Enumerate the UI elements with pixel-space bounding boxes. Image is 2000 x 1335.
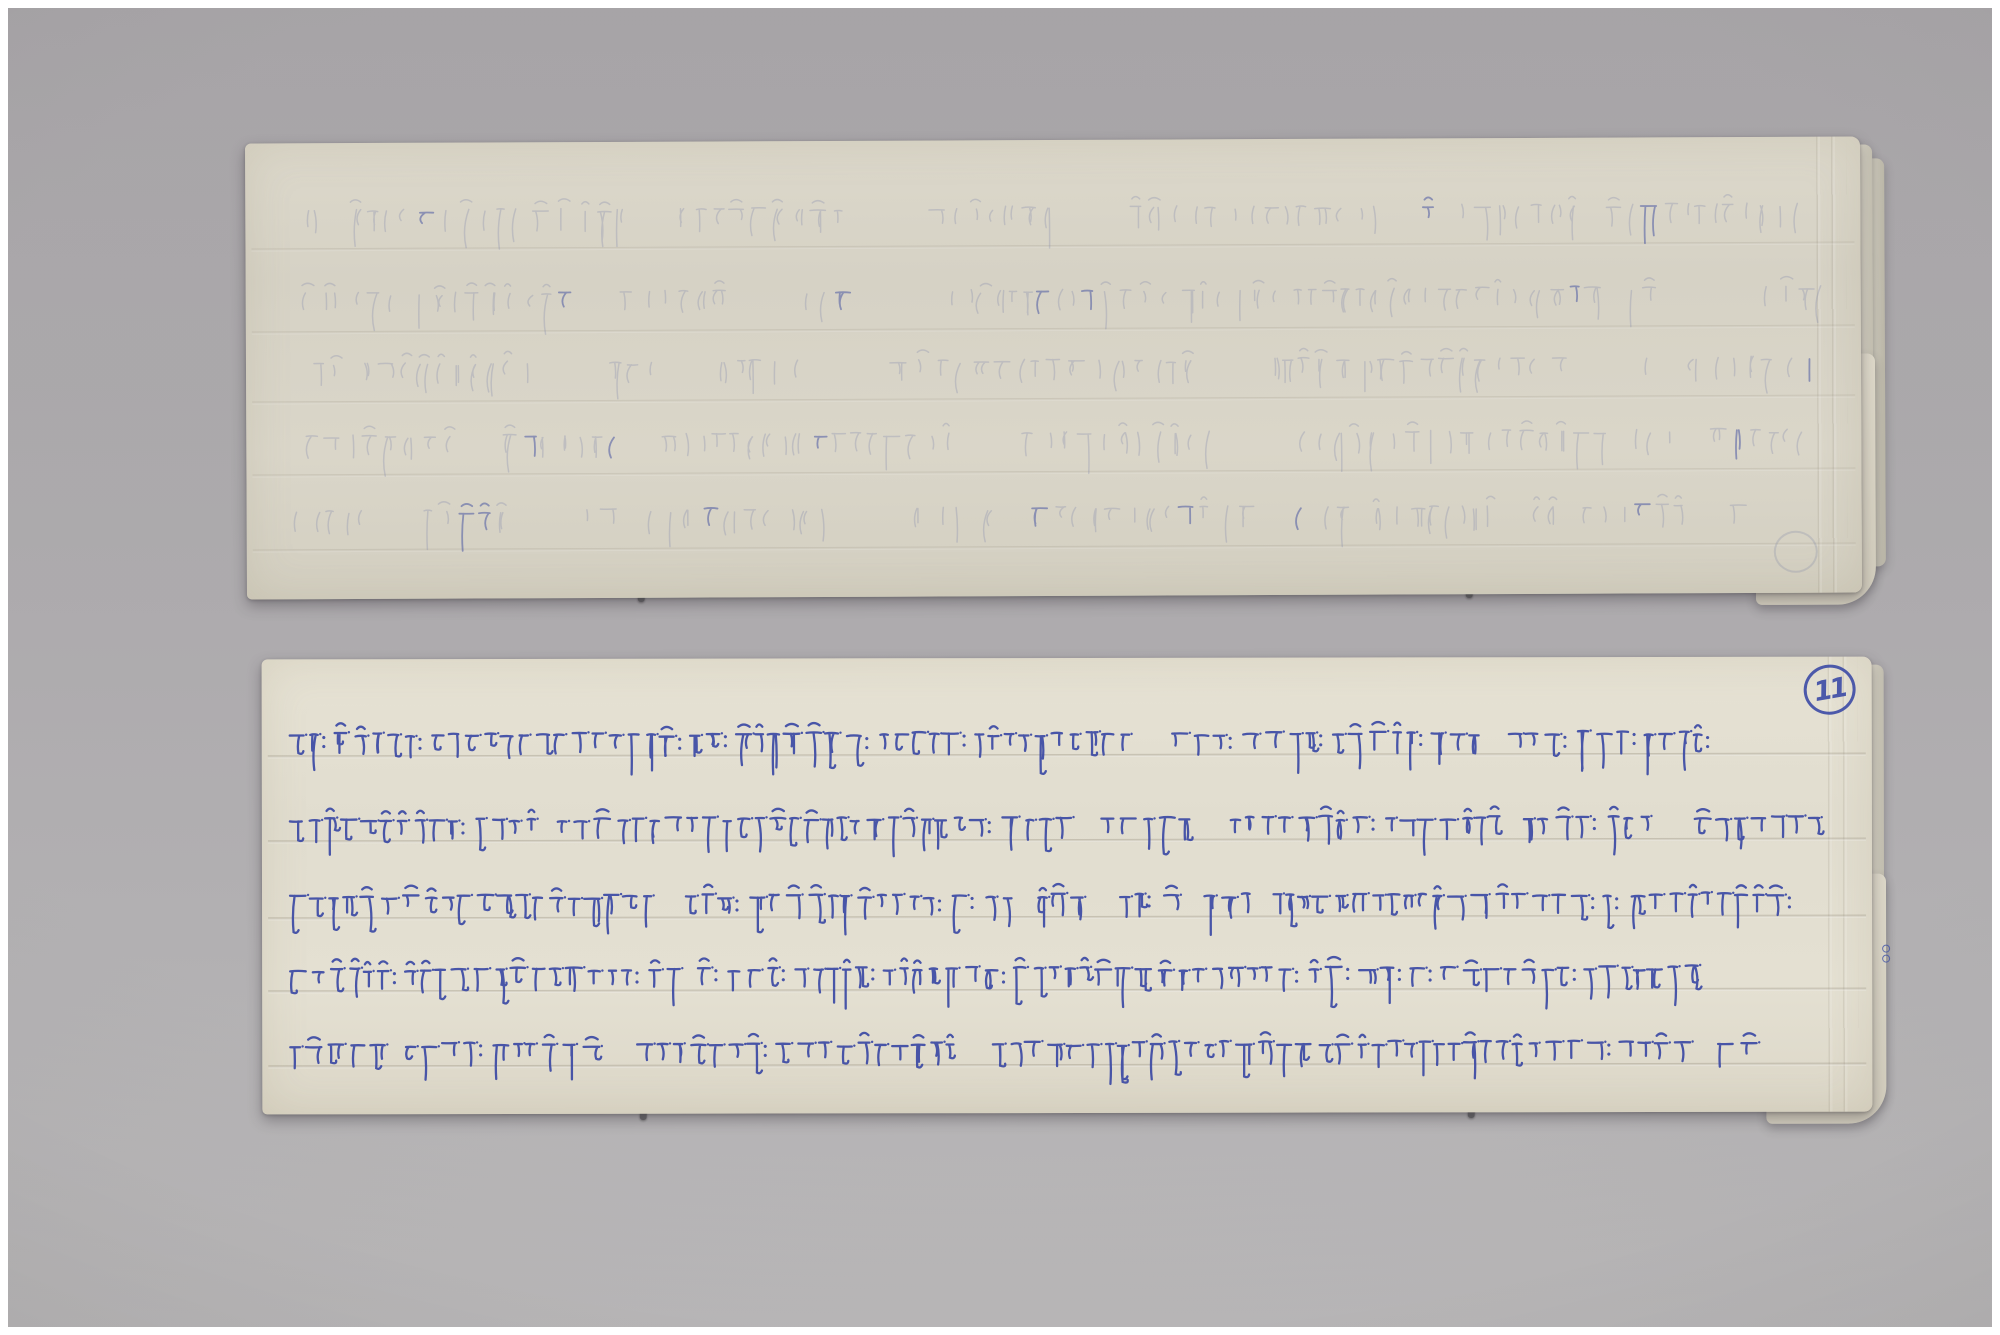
tibetan-text-line: ལྷ་མོ་རེ་ཏི་གཤིན་རྗེ་རེ་ཏི་དངཿ རྒྱུ་རེ་ཏ… [288, 1027, 1773, 1092]
handwriting-strokes [287, 486, 1767, 554]
tibetan-text-line: སྐུ་གསུམ་དབྱེར་མེད་ཁྱོད་ལ་ཕྱག་འཚལ་བསྟོདཿ… [288, 717, 1733, 782]
bleedthrough-text-line [304, 411, 1834, 480]
bleedthrough-text-line [303, 185, 1808, 254]
handwriting-strokes [288, 802, 1843, 867]
bleedthrough-folio-stamp [1774, 531, 1818, 573]
handwriting-strokes [288, 952, 1713, 1016]
tibetan-text-line: དོན་གཉིས་མཐར་ཕྱིན་མཿ དཔལ་ལྡན་ལྷ་མོ་ཁྱོད་… [288, 802, 1843, 867]
handwriting-strokes [288, 717, 1733, 782]
handwriting-strokes [298, 268, 1843, 337]
tibetan-text-line: ཚངས་པ་ལྷ་ཡི་རིགས་ལས་མི་གཡོ་བཿ ལྷ་ཆེན་དཔལ… [288, 879, 1808, 944]
bleedthrough-text-line [312, 338, 1832, 407]
photograph-background: སྐུ་གསུམ་དབྱེར་མེད་ཁྱོད་ལ་ཕྱག་འཚལ་བསྟོདཿ… [8, 8, 1992, 1327]
bleedthrough-text-line [287, 486, 1767, 554]
handwriting-strokes [288, 879, 1808, 944]
margin-mark [1882, 945, 1890, 961]
handwriting-strokes [312, 338, 1832, 407]
tibetan-text-line: སྨན་ཞོན་དངཿ འཕྲིན་ལས་སྤྲུལ་པ་དྲག་ཤར་ནག་པ… [288, 952, 1713, 1016]
bottom-manuscript-leaf: སྐུ་གསུམ་དབྱེར་མེད་ཁྱོད་ལ་ཕྱག་འཚལ་བསྟོདཿ… [262, 657, 1873, 1115]
handwriting-strokes [303, 185, 1808, 254]
folio-number: 11 [1811, 672, 1848, 708]
handwriting-strokes [304, 411, 1834, 480]
bleedthrough-text-line [298, 268, 1843, 337]
handwriting-strokes [288, 1027, 1773, 1092]
top-manuscript-leaf [245, 136, 1862, 599]
